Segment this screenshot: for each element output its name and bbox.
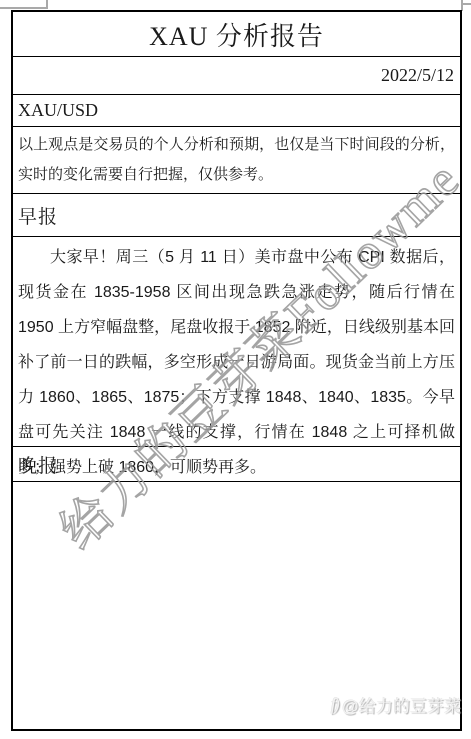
evening-report-label: 晚报 [18,451,58,478]
pair-row: XAU/USD [13,95,460,127]
report-page: XAU 分析报告 2022/5/12 XAU/USD 以上观点是交易员的个人分析… [0,0,471,739]
footer-watermark-text: @给力的豆芽菜 [342,692,461,717]
evening-report-header-row: 晚报 [13,447,460,482]
disclaimer-row: 以上观点是交易员的个人分析和预期，也仅是当下时间段的分析，实时的变化需要自行把握… [13,127,460,194]
instrument-label: XAU/USD [18,100,98,121]
followme-logo-icon: f) [331,694,338,715]
morning-report-content-row: 大家早！周三（5 月 11 日）美市盘中公布 CPI 数据后，现货金在 1835… [13,237,460,447]
date-row: 2022/5/12 [13,57,460,95]
analysis-report-table: XAU 分析报告 2022/5/12 XAU/USD 以上观点是交易员的个人分析… [11,10,462,731]
morning-report-label: 早报 [18,202,58,229]
report-date: 2022/5/12 [381,65,454,86]
disclaimer-text: 以上观点是交易员的个人分析和预期，也仅是当下时间段的分析，实时的变化需要自行把握… [18,136,455,183]
outer-grid-artifact-top-left-h [0,7,48,9]
outer-grid-artifact-top-left-v [46,0,48,9]
footer-watermark: f) @给力的豆芽菜 [331,692,461,717]
report-title: XAU 分析报告 [149,16,324,53]
title-row: XAU 分析报告 [13,12,460,57]
morning-report-header-row: 早报 [13,194,460,237]
